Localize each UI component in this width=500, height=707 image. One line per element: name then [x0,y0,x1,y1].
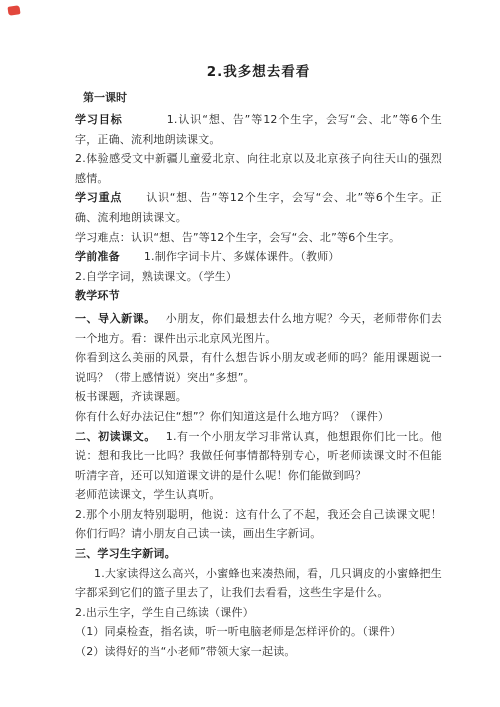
paragraph-text: 2.体验感受文中新疆儿童爱北京、向往北京以及北京孩子向往天山的强烈感情。 [75,152,442,185]
paragraph-text: （2）读得好的当“小老师”带领大家一起读。 [75,645,296,658]
paragraph-learning-difficulties: 学习难点：认识“想、告”等12个生字，会写“会、北”等6个生字。 [75,228,442,248]
paragraph-section-2-first-reading: 二、初读课文。1.有一个小朋友学习非常认真，他想跟你们比一比。他说：想和我比一比… [75,427,442,486]
paragraph-section-1-intro: 一、导入新课。小朋友，你们最想去什么地方呢？今天，老师带你们去一个地方。看：课件… [75,309,442,348]
paragraph-label: 教学环节 [75,289,120,302]
paragraph: 1.大家读得这么高兴，小蜜蜂也来凑热闹，看，几只调皮的小蜜蜂把生字都采到它们的篮… [75,564,442,603]
paragraph-label: 学前准备 [75,250,120,263]
paragraph: 2.那个小朋友特别聪明，他说：这有什么了不起，我还会自己读课文呢！你们行吗？请小… [75,505,442,544]
paragraph-text: （1）同桌检查，指名读，听一听电脑老师是怎样评价的。（课件） [75,625,402,638]
paragraph: 2.出示生字，学生自己练读（课件） [75,603,442,623]
paragraph: 2.自学字词，熟读课文。（学生） [75,267,442,287]
paragraph-label: 三、学习生字新词。 [75,547,176,560]
paragraph-text: 老师范读课文，学生认真听。 [75,488,221,501]
paragraph-preparation: 学前准备1.制作字词卡片、多媒体课件。（教师） [75,247,442,267]
paragraph-learning-key-points: 学习重点认识“想、告”等12个生字，会写“会、北”等6个生字。正确、流利地朗读课… [75,188,442,227]
document-content: 2.我多想去看看 第一课时 学习目标1.认识“想、告”等12个生字，会写“会、北… [0,0,500,662]
paragraph: 你看到这么美丽的风景，有什么想告诉小朋友或老师的吗？能用课题说一说吗？（带上感情… [75,348,442,387]
paragraph-text: 你看到这么美丽的风景，有什么想告诉小朋友或老师的吗？能用课题说一说吗？（带上感情… [75,351,442,384]
paragraph-text: 你有什么好办法记住“想”？你们知道这是什么地方吗？（课件） [75,410,389,423]
paragraph: （2）读得好的当“小老师”带领大家一起读。 [75,642,442,662]
paragraph-text: 2.自学字词，熟读课文。（学生） [75,270,237,283]
paragraph-label: 二、初读课文。 [75,430,156,443]
red-stamp-mark [7,5,20,16]
paragraph: 2.体验感受文中新疆儿童爱北京、向往北京以及北京孩子向往天山的强烈感情。 [75,149,442,188]
paragraph-text: 学习难点：认识“想、告”等12个生字，会写“会、北”等6个生字。 [75,231,400,244]
heading-teaching-steps: 教学环节 [75,286,442,306]
paragraph-text: 1.认识“想、告”等12个生字，会写“会、北”等6个生字，正确、流利地朗读课文。 [75,113,442,146]
paragraph-label: 一、导入新课。 [75,312,156,325]
document-page: 2.我多想去看看 第一课时 学习目标1.认识“想、告”等12个生字，会写“会、北… [0,0,500,707]
paragraph: 你有什么好办法记住“想”？你们知道这是什么地方吗？（课件） [75,407,442,427]
session-heading: 第一课时 [83,89,442,105]
paragraph-section-3-new-words: 三、学习生字新词。 [75,544,442,564]
paragraph-text: 板书课题，齐读课题。 [75,390,187,403]
paragraph-text: 认识“想、告”等12个生字，会写“会、北”等6个生字。正确、流利地朗读课文。 [75,191,442,224]
paragraph-text: 2.那个小朋友特别聪明，他说：这有什么了不起，我还会自己读课文呢！你们行吗？请小… [75,508,442,541]
paragraph: （1）同桌检查，指名读，听一听电脑老师是怎样评价的。（课件） [75,622,442,642]
paragraph-text: 1.制作字词卡片、多媒体课件。（教师） [144,250,340,263]
paragraph-learning-goals: 学习目标1.认识“想、告”等12个生字，会写“会、北”等6个生字，正确、流利地朗… [75,110,442,149]
doc-title: 2.我多想去看看 [75,60,442,80]
paragraph-label: 学习重点 [75,191,122,204]
paragraph-label: 学习目标 [75,113,123,126]
paragraph: 老师范读课文，学生认真听。 [75,485,442,505]
paragraph-text: 1.大家读得这么高兴，小蜜蜂也来凑热闹，看，几只调皮的小蜜蜂把生字都采到它们的篮… [75,567,442,600]
paragraph: 板书课题，齐读课题。 [75,387,442,407]
paragraph-text: 2.出示生字，学生自己练读（课件） [75,606,254,619]
